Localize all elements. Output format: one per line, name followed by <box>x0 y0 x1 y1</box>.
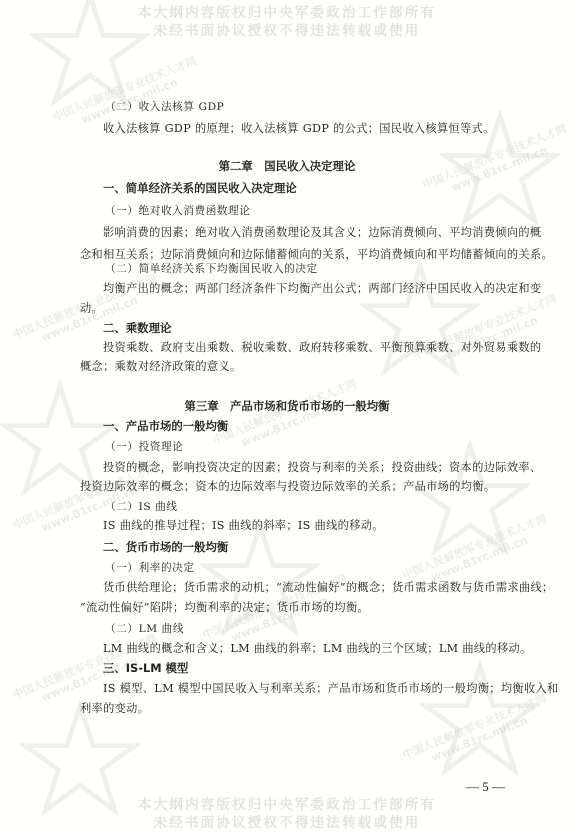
copyright-line-1: 本大纲内容版权归中央军委政治工作部所有 <box>0 796 574 814</box>
section-heading: 一、简单经济关系的国民收入决定理论 <box>103 181 297 195</box>
chapter-title: 第二章 国民收入决定理论 <box>0 159 574 173</box>
copyright-line-2: 未经书面协议授权不得违法转载或使用 <box>0 814 574 832</box>
paragraph: 影响消费的因素；绝对收入消费函数理论及其含义；边际消费倾向、平均消费倾向的概 <box>103 226 541 240</box>
paragraph-continued: 利率的变动。 <box>80 702 149 716</box>
subsection-heading: （二）收入法核算 GDP <box>105 100 224 114</box>
paragraph: 收入法核算 GDP 的原理；收入法核算 GDP 的公式；国民收入核算恒等式。 <box>103 122 495 136</box>
paragraph-continued: 概念；乘数对经济政策的意义。 <box>80 360 242 374</box>
paragraph-continued: 投资边际效率的概念；资本的边际效率与投资边际效率的关系；产品市场的均衡。 <box>80 480 495 494</box>
chapter-title: 第三章 产品市场和货币市场的一般均衡 <box>0 399 574 413</box>
subsection-heading: （一）投资理论 <box>105 440 183 454</box>
paragraph: 投资的概念，影响投资决定的因素；投资与利率的关系；投资曲线；资本的边际效率、 <box>103 461 541 475</box>
subsection-heading: （一）绝对收入消费函数理论 <box>105 204 251 218</box>
paragraph: 货币供给理论；货币需求的动机；“流动性偏好”的概念；货币需求函数与货币需求曲线； <box>103 581 554 595</box>
paragraph: 投资乘数、政府支出乘数、税收乘数、政府转移乘数、平衡预算乘数、对外贸易乘数的 <box>103 341 541 355</box>
section-heading: 一、产品市场的一般均衡 <box>103 419 228 433</box>
subsection-heading: （二）IS 曲线 <box>105 500 178 514</box>
subsection-heading: （二）LM 曲线 <box>105 622 184 636</box>
section-heading: 二、乘数理论 <box>103 321 171 335</box>
subsection-heading: （二）简单经济关系下均衡国民收入的决定 <box>105 262 318 276</box>
subsection-heading: （一）利率的决定 <box>105 561 195 575</box>
section-heading: 三、IS-LM 模型 <box>103 661 188 675</box>
paragraph: LM 曲线的概念和含义；LM 曲线的斜率；LM 曲线的三个区域；LM 曲线的移动… <box>103 642 532 656</box>
copyright-watermark-bottom: 本大纲内容版权归中央军委政治工作部所有 未经书面协议授权不得违法转载或使用 <box>0 796 574 832</box>
paragraph: IS 模型、LM 模型中国民收入与利率关系；产品市场和货币市场的一般均衡；均衡收… <box>103 682 559 696</box>
paragraph-continued: “流动性偏好”陷阱；均衡利率的决定；货币市场的均衡。 <box>80 601 369 615</box>
paragraph-continued: 动。 <box>80 302 103 316</box>
paragraph: 均衡产出的概念；两部门经济条件下均衡产出公式；两部门经济中国民收入的决定和变 <box>103 282 541 296</box>
paragraph-continued: 念和相互关系；边际消费倾向和边际储蓄倾向的关系，平均消费倾向和平均储蓄倾向的关系… <box>80 248 553 262</box>
section-heading: 二、货币市场的一般均衡 <box>103 540 228 554</box>
document-page: （二）收入法核算 GDP 收入法核算 GDP 的原理；收入法核算 GDP 的公式… <box>0 0 574 832</box>
page-number: — 5 — <box>466 779 505 795</box>
paragraph: IS 曲线的推导过程；IS 曲线的斜率；IS 曲线的移动。 <box>103 519 384 533</box>
